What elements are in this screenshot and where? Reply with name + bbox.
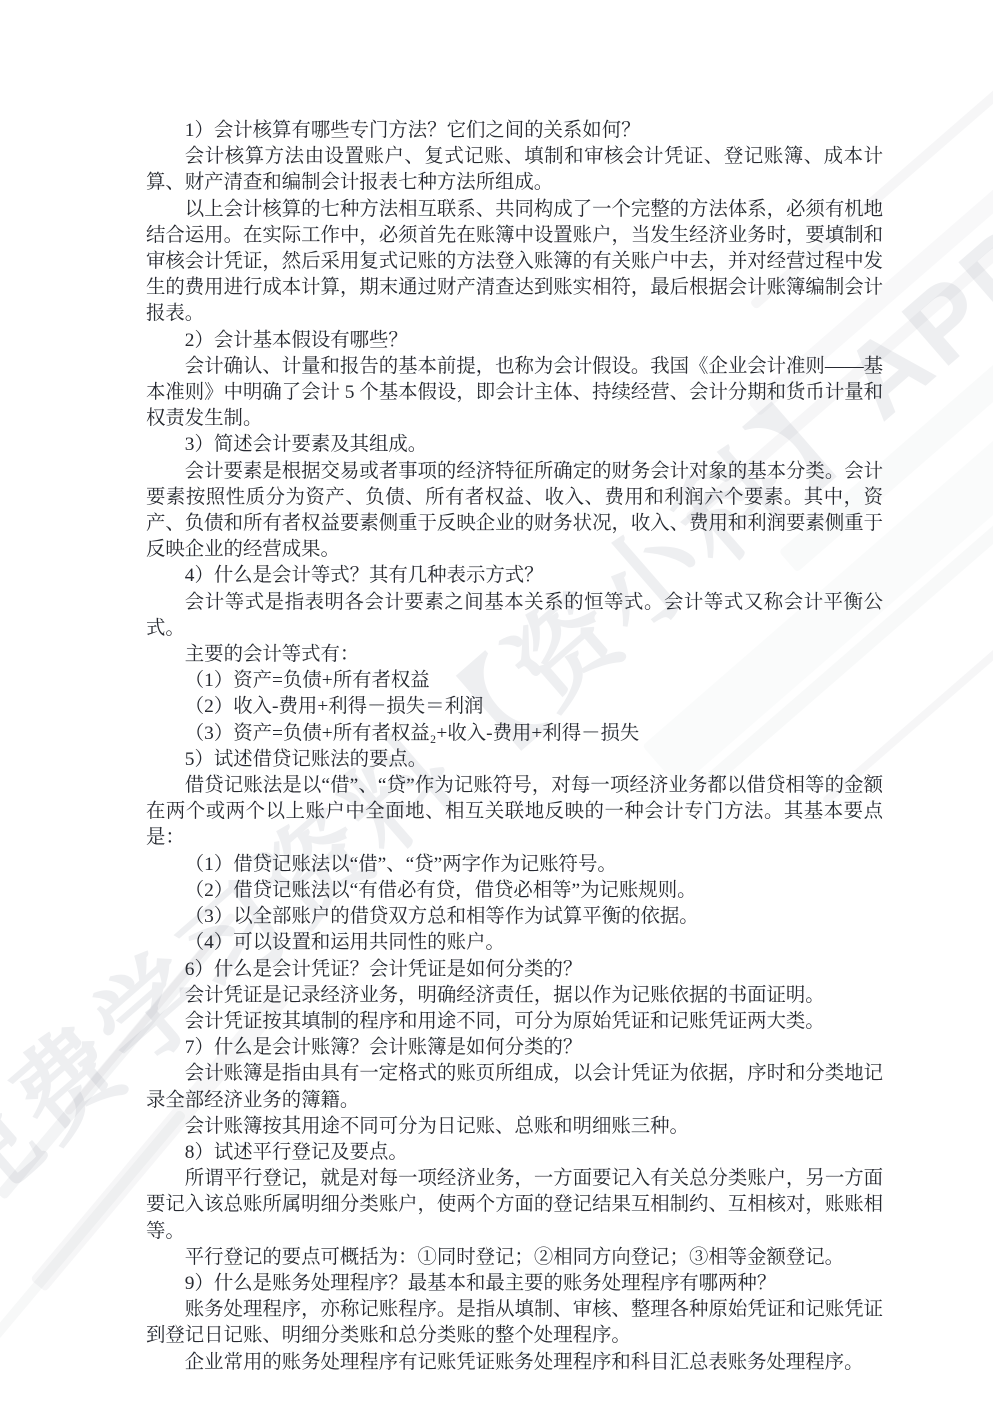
paragraph: 1）会计核算有哪些专门方法？它们之间的关系如何？ (146, 118, 883, 144)
paragraph: 6）什么是会计凭证？会计凭证是如何分类的？ (146, 957, 883, 983)
paragraph: 7）什么是会计账簿？会计账簿是如何分类的？ (146, 1035, 883, 1061)
paragraph: 以上会计核算的七种方法相互联系、共同构成了一个完整的方法体系，必须有机地结合运用… (146, 197, 883, 328)
paragraph: 会计账簿按其用途不同可分为日记账、总账和明细账三种。 (146, 1114, 883, 1140)
paragraph: 5）试述借贷记账法的要点。 (146, 747, 883, 773)
paragraph: （3）以全部账户的借贷双方总和相等作为试算平衡的依据。 (146, 904, 883, 930)
paragraph: 平行登记的要点可概括为：①同时登记；②相同方向登记；③相等金额登记。 (146, 1245, 883, 1271)
paragraph: 8）试述平行登记及要点。 (146, 1140, 883, 1166)
paragraph: （2）收入-费用+利得－损失＝利润 (146, 694, 883, 720)
paragraph: 所谓平行登记，就是对每一项经济业务，一方面要记入有关总分类账户，另一方面要记入该… (146, 1166, 883, 1245)
document-page: { "page": { "background": "#ffffff", "te… (0, 0, 993, 1404)
paragraph: （1）借贷记账法以“借”、“贷”两字作为记账符号。 (146, 852, 883, 878)
paragraph: 会计要素是根据交易或者事项的经济特征所确定的财务会计对象的基本分类。会计要素按照… (146, 459, 883, 564)
paragraph: 会计凭证是记录经济业务，明确经济责任，据以作为记账依据的书面证明。 (146, 983, 883, 1009)
paragraph: 4）什么是会计等式？其有几种表示方式？ (146, 563, 883, 589)
paragraph: 9）什么是账务处理程序？最基本和最主要的账务处理程序有哪两种？ (146, 1271, 883, 1297)
paragraph: 会计等式是指表明各会计要素之间基本关系的恒等式。会计等式又称会计平衡公式。 (146, 590, 883, 642)
paragraph: 会计确认、计量和报告的基本前提，也称为会计假设。我国《企业会计准则——基本准则》… (146, 354, 883, 433)
paragraph: （4）可以设置和运用共同性的账户。 (146, 930, 883, 956)
paragraph: 3）简述会计要素及其组成。 (146, 432, 883, 458)
paragraph: 会计账簿是指由具有一定格式的账页所组成，以会计凭证为依据，序时和分类地记录全部经… (146, 1061, 883, 1113)
paragraph: 企业常用的账务处理程序有记账凭证账务处理程序和科目汇总表账务处理程序。 (146, 1350, 883, 1376)
paragraph: （1）资产=负债+所有者权益 (146, 668, 883, 694)
paragraph: （2）借贷记账法以“有借必有贷，借贷必相等”为记账规则。 (146, 878, 883, 904)
document-body: 1）会计核算有哪些专门方法？它们之间的关系如何？会计核算方法由设置账户、复式记账… (146, 118, 883, 1376)
paragraph: 2）会计基本假设有哪些？ (146, 328, 883, 354)
paragraph: 主要的会计等式有： (146, 642, 883, 668)
paragraph: 会计核算方法由设置账户、复式记账、填制和审核会计凭证、登记账簿、成本计算、财产清… (146, 144, 883, 196)
paragraph: 账务处理程序，亦称记账程序。是指从填制、审核、整理各种原始凭证和记账凭证到登记日… (146, 1297, 883, 1349)
paragraph: （3）资产=负债+所有者权益₂+收入-费用+利得－损失 (146, 721, 883, 747)
paragraph: 借贷记账法是以“借”、“贷”作为记账符号，对每一项经济业务都以借贷相等的金额在两… (146, 773, 883, 852)
paragraph: 会计凭证按其填制的程序和用途不同，可分为原始凭证和记账凭证两大类。 (146, 1009, 883, 1035)
